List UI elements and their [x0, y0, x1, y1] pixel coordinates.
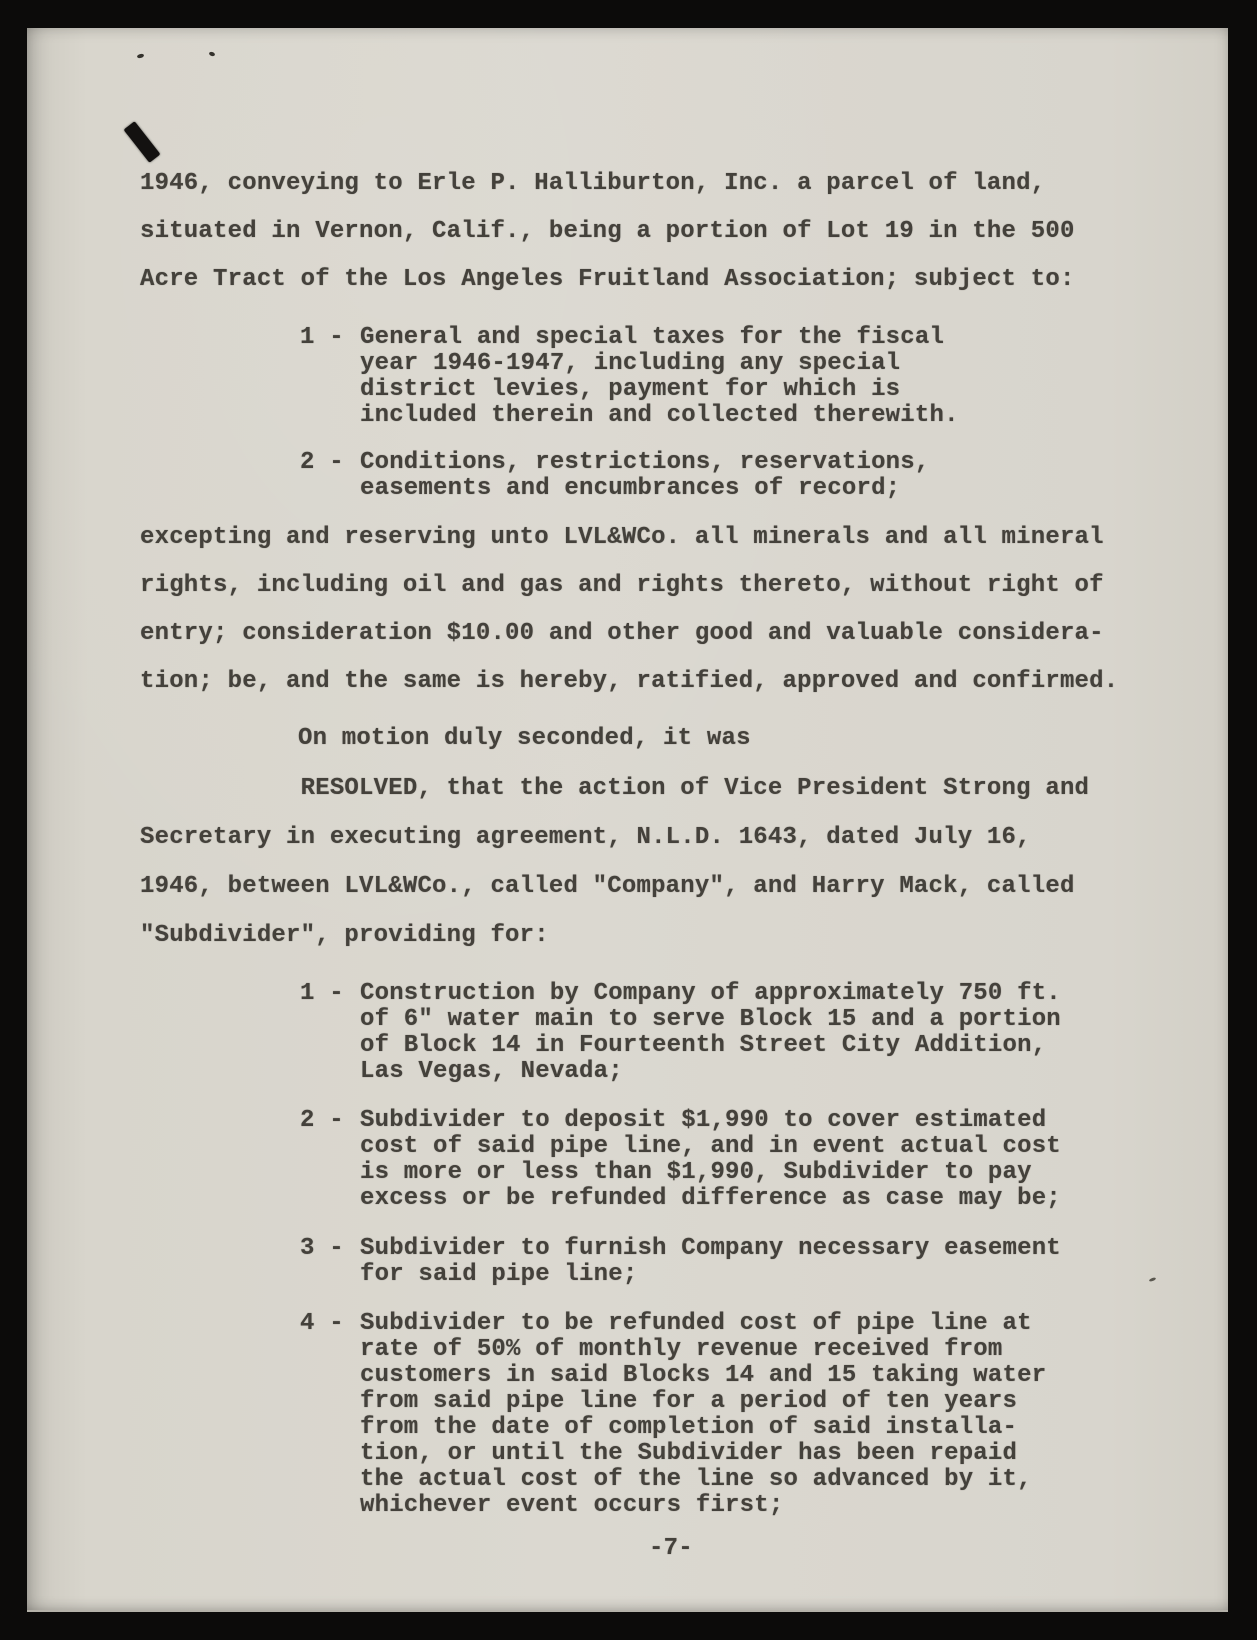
list-text: Conditions, restrictions, reservations, … [360, 450, 930, 502]
page-number: -7- [649, 1536, 693, 1562]
photograph-background: { "colors": { "backdrop": "#0c0b0a", "pa… [0, 0, 1257, 1640]
paragraph-conveyance: 1946, conveying to Erle P. Halliburton, … [140, 160, 1075, 304]
list-item-refund: 4 - Subdivider to be refunded cost of pi… [300, 1311, 1046, 1519]
paragraph-resolved: RESOLVED, that the action of Vice Presid… [140, 764, 1089, 960]
list-marker: 1 - [300, 981, 360, 1007]
list-marker: 2 - [300, 1108, 360, 1134]
list-text: General and special taxes for the fiscal… [360, 325, 959, 429]
list-text: Subdivider to be refunded cost of pipe l… [360, 1311, 1046, 1519]
list-item-conditions: 2 - Conditions, restrictions, reservatio… [300, 450, 930, 502]
paper-speck [208, 51, 215, 57]
list-text: Subdivider to deposit $1,990 to cover es… [360, 1108, 1061, 1212]
list-item-easement: 3 - Subdivider to furnish Company necess… [300, 1236, 1061, 1288]
paragraph-motion: On motion duly seconded, it was [298, 715, 751, 763]
paper-speck [1149, 1277, 1157, 1282]
list-marker: 3 - [300, 1236, 360, 1262]
list-marker: 4 - [300, 1311, 360, 1337]
ink-mark [124, 121, 161, 163]
paragraph-minerals-reservation: excepting and reserving unto LVL&WCo. al… [140, 514, 1118, 706]
list-marker: 1 - [300, 325, 360, 351]
list-marker: 2 - [300, 450, 360, 476]
list-text: Construction by Company of approximately… [360, 981, 1061, 1085]
list-item-construction: 1 - Construction by Company of approxima… [300, 981, 1061, 1085]
document-page: 1946, conveying to Erle P. Halliburton, … [27, 28, 1228, 1612]
list-text: Subdivider to furnish Company necessary … [360, 1236, 1061, 1288]
list-item-tax: 1 - General and special taxes for the fi… [300, 325, 959, 429]
list-item-deposit: 2 - Subdivider to deposit $1,990 to cove… [300, 1108, 1061, 1212]
paper-speck [137, 53, 145, 59]
